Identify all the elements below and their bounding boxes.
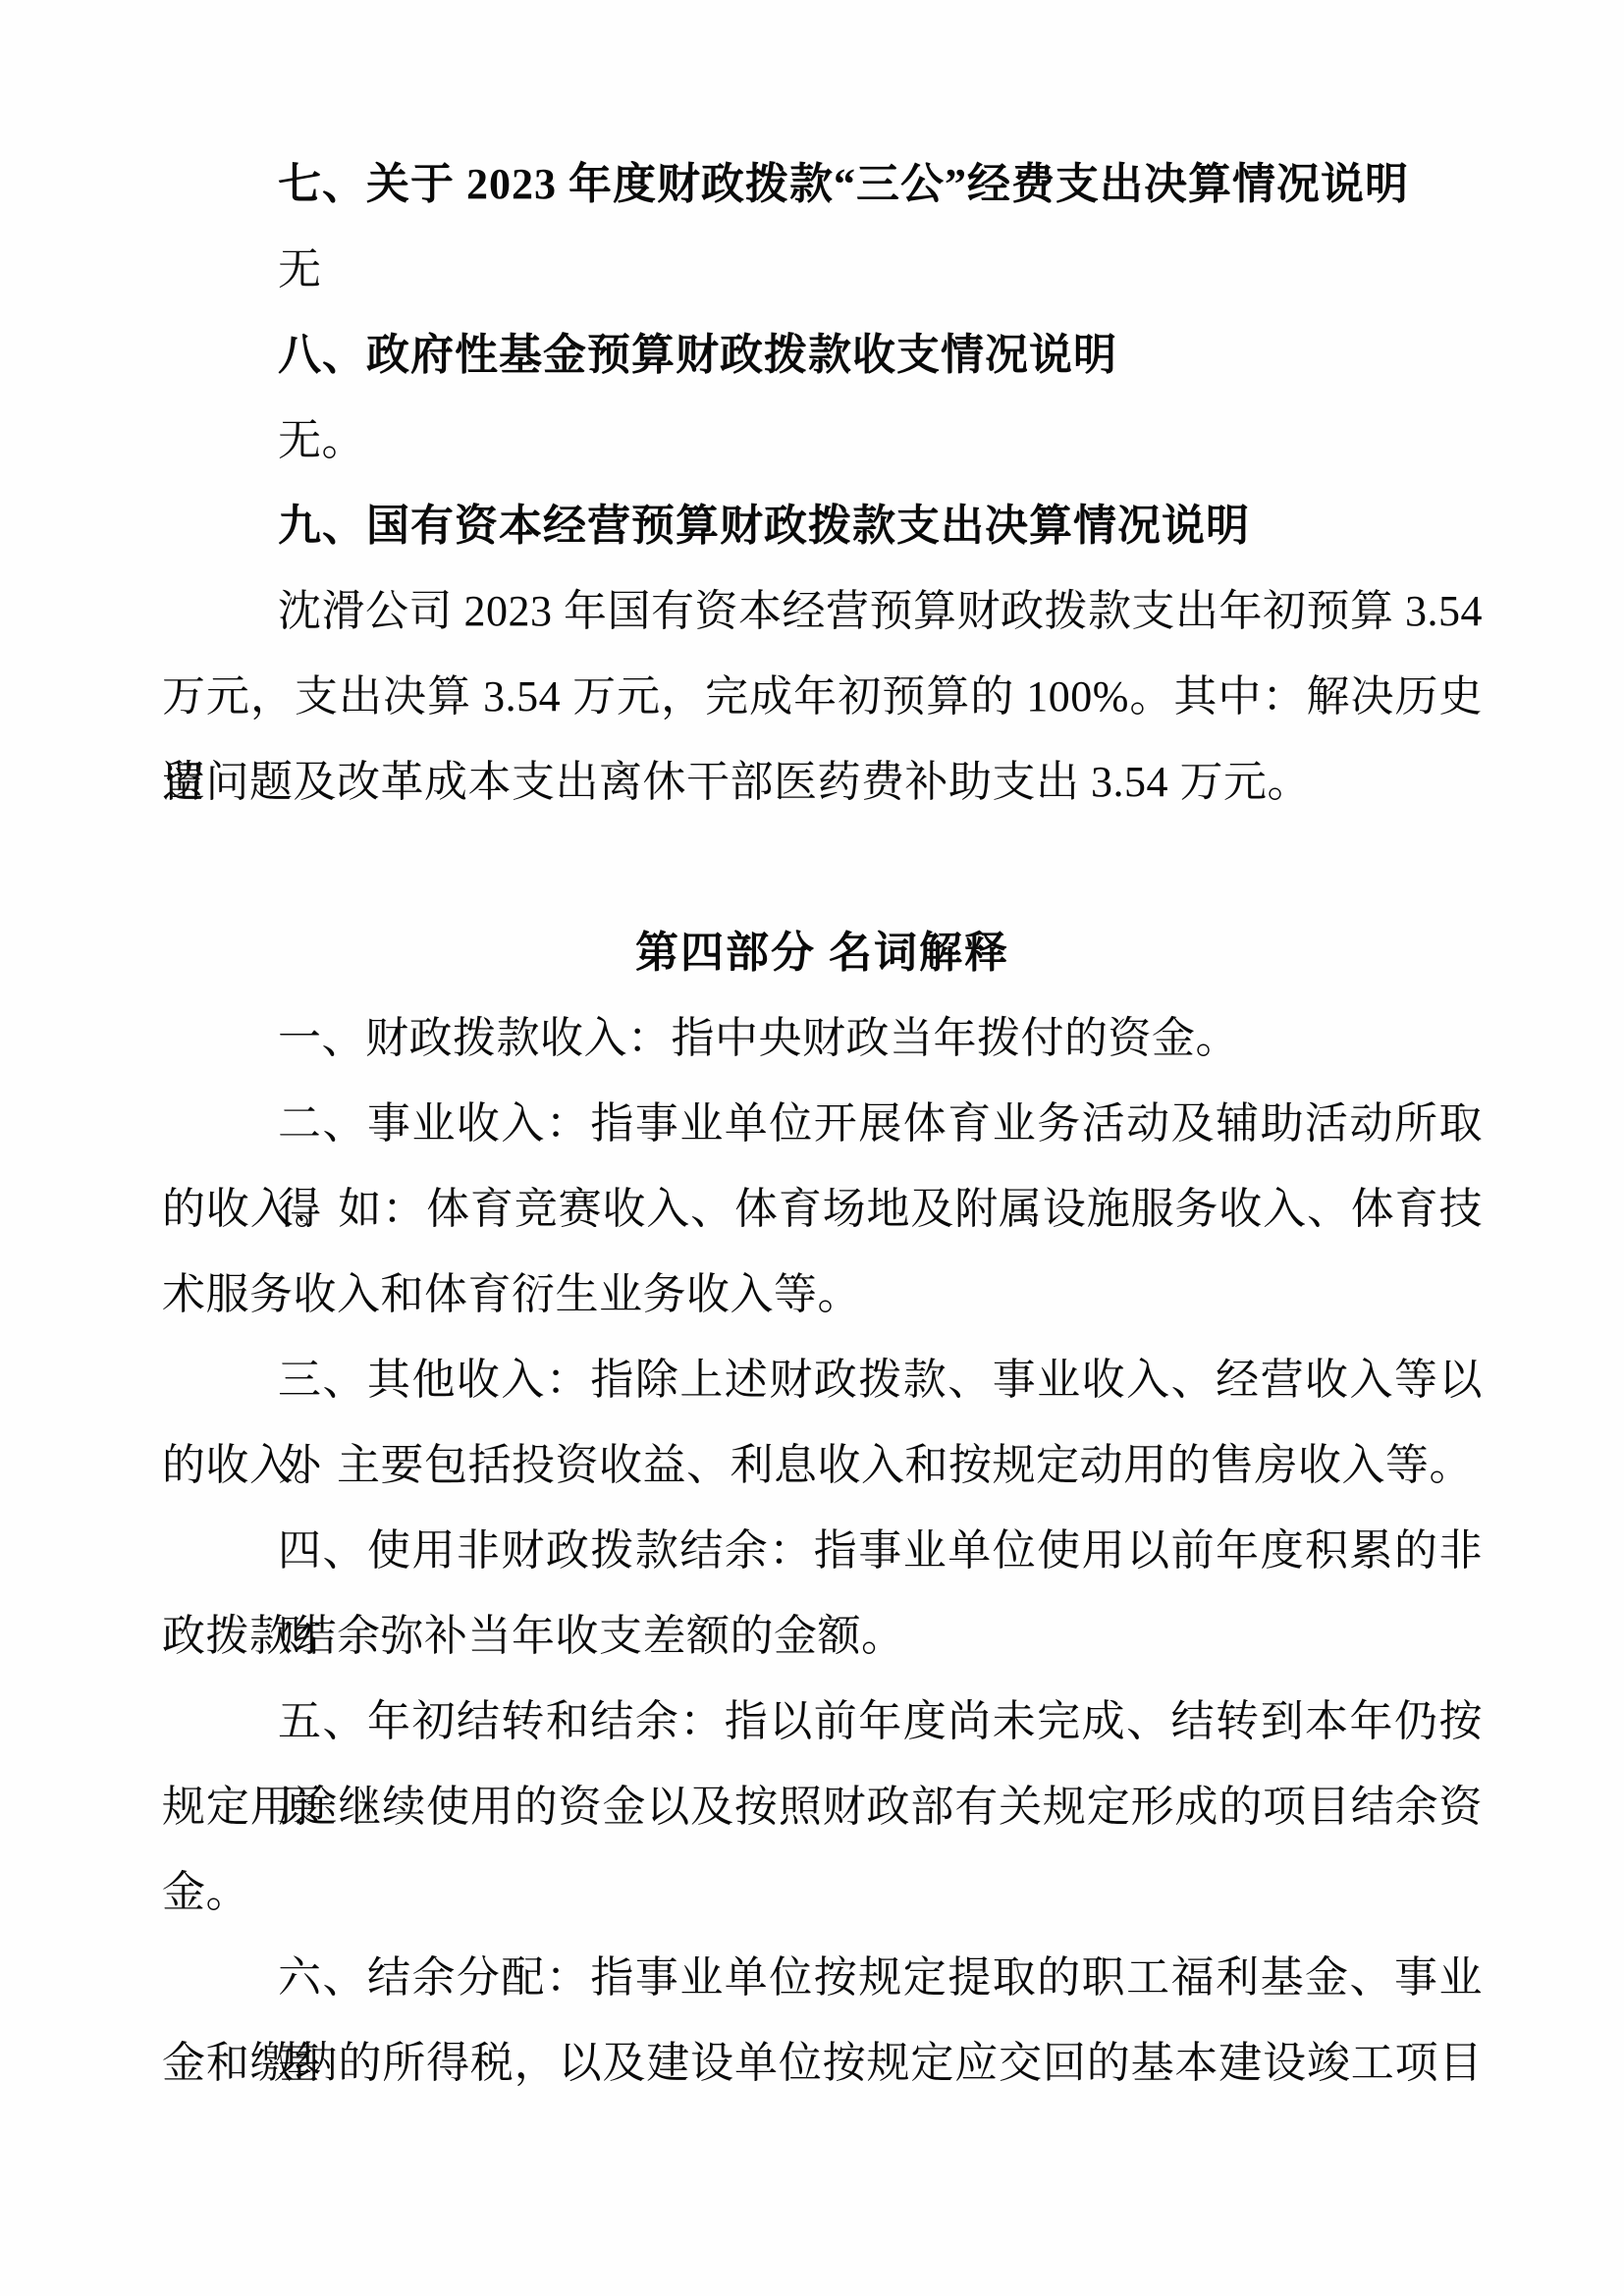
term-definition-1: 一、财政拨款收入：指中央财政当年拨付的资金。 [162, 995, 1483, 1081]
text-line: 留问题及改革成本支出离休干部医药费补助支出 3.54 万元。 [162, 739, 1483, 825]
term-definition-4: 四、使用非财政拨款结余：指事业单位使用以前年度积累的非财 政拨款结余弥补当年收支… [162, 1508, 1483, 1679]
text-line: 术服务收入和体育衍生业务收入等。 [162, 1252, 1483, 1337]
heading-text: 九、国有资本经营预算财政拨款支出决算情况说明 [162, 483, 1483, 568]
term-definition-5: 五、年初结转和结余：指以前年度尚未完成、结转到本年仍按原 规定用途继续使用的资金… [162, 1679, 1483, 1935]
term-definition-2: 二、事业收入：指事业单位开展体育业务活动及辅助活动所取得 的收入。如：体育竞赛收… [162, 1081, 1483, 1337]
heading-section-9: 九、国有资本经营预算财政拨款支出决算情况说明 [162, 483, 1483, 568]
paragraph-section-9-body: 沈滑公司 2023 年国有资本经营预算财政拨款支出年初预算 3.54 万元，支出… [162, 568, 1483, 825]
blank-line [162, 825, 1483, 910]
heading-section-8: 八、政府性基金预算财政拨款收支情况说明 [162, 312, 1483, 398]
text-line: 二、事业收入：指事业单位开展体育业务活动及辅助活动所取得 [162, 1081, 1483, 1166]
heading-section-7: 七、关于 2023 年度财政拨款“三公”经费支出决算情况说明 [162, 141, 1483, 227]
text-line: 的收入。如：体育竞赛收入、体育场地及附属设施服务收入、体育技 [162, 1166, 1483, 1252]
text-line: 无 [162, 227, 1483, 312]
text-line: 政拨款结余弥补当年收支差额的金额。 [162, 1593, 1483, 1679]
text-line: 金。 [162, 1849, 1483, 1935]
part-4-title: 第四部分 名词解释 [162, 910, 1483, 995]
text-line: 规定用途继续使用的资金以及按照财政部有关规定形成的项目结余资 [162, 1764, 1483, 1849]
text-line: 的收入。主要包括投资收益、利息收入和按规定动用的售房收入等。 [162, 1422, 1483, 1508]
section-title-text: 第四部分 名词解释 [162, 910, 1483, 995]
paragraph-section-8-none: 无。 [162, 398, 1483, 483]
text-line: 沈滑公司 2023 年国有资本经营预算财政拨款支出年初预算 3.54 [162, 568, 1483, 654]
text-line: 四、使用非财政拨款结余：指事业单位使用以前年度积累的非财 [162, 1508, 1483, 1593]
term-definition-6: 六、结余分配：指事业单位按规定提取的职工福利基金、事业基 金和缴纳的所得税，以及… [162, 1935, 1483, 2106]
document-page: 七、关于 2023 年度财政拨款“三公”经费支出决算情况说明 无 八、政府性基金… [0, 0, 1624, 2296]
text-line: 三、其他收入：指除上述财政拨款、事业收入、经营收入等以外 [162, 1337, 1483, 1422]
text-line: 金和缴纳的所得税，以及建设单位按规定应交回的基本建设竣工项目 [162, 2020, 1483, 2106]
text-line: 无。 [162, 398, 1483, 483]
text-line: 六、结余分配：指事业单位按规定提取的职工福利基金、事业基 [162, 1935, 1483, 2020]
heading-text: 八、政府性基金预算财政拨款收支情况说明 [162, 312, 1483, 398]
text-line: 五、年初结转和结余：指以前年度尚未完成、结转到本年仍按原 [162, 1679, 1483, 1764]
text-line: 一、财政拨款收入：指中央财政当年拨付的资金。 [162, 995, 1483, 1081]
term-definition-3: 三、其他收入：指除上述财政拨款、事业收入、经营收入等以外 的收入。主要包括投资收… [162, 1337, 1483, 1508]
paragraph-section-7-none: 无 [162, 227, 1483, 312]
heading-text: 七、关于 2023 年度财政拨款“三公”经费支出决算情况说明 [162, 141, 1483, 227]
text-line: 万元，支出决算 3.54 万元，完成年初预算的 100%。其中：解决历史遗 [162, 654, 1483, 739]
